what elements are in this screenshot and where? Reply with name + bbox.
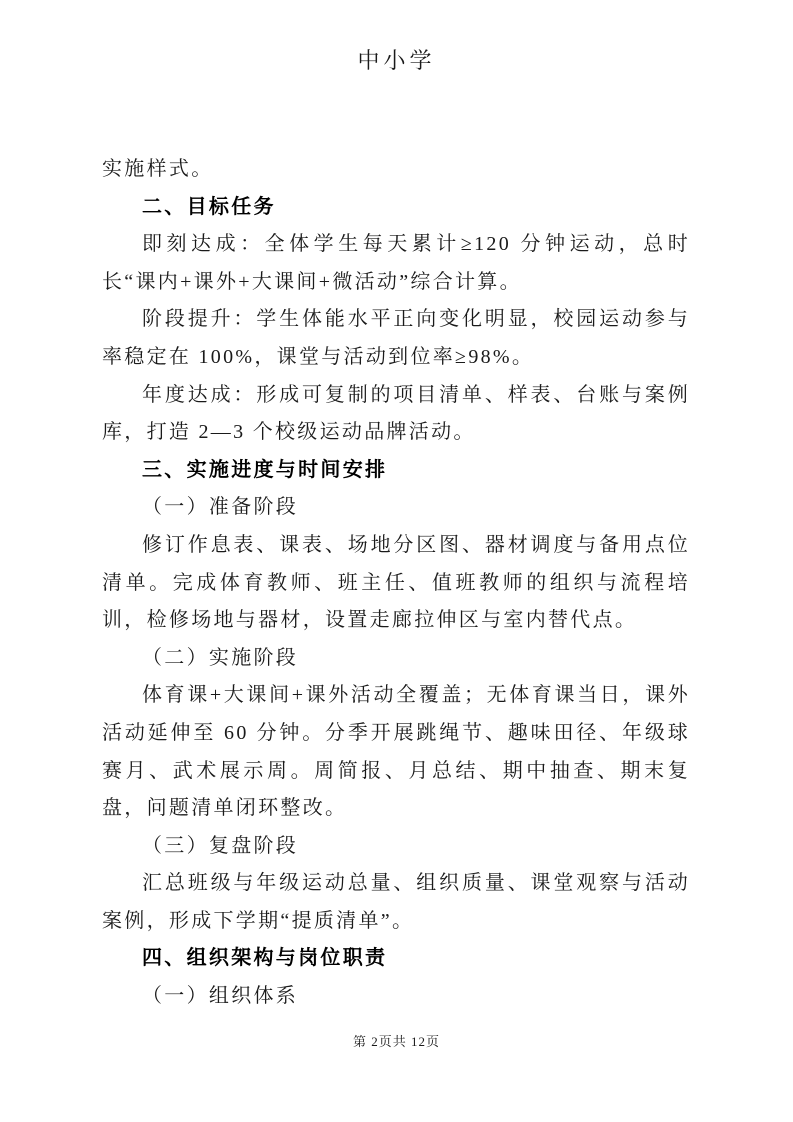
sub-section-heading: （三）复盘阶段 (102, 828, 690, 866)
sub-section-heading: （一）组织体系 (102, 978, 690, 1016)
document-page: 中小学 实施样式。 二、目标任务 即刻达成：全体学生每天累计≥120 分钟运动，… (0, 0, 793, 1122)
page-header-title: 中小学 (0, 46, 793, 76)
body-paragraph: 阶段提升：学生体能水平正向变化明显，校园运动参与率稳定在 100%，课堂与活动到… (102, 301, 690, 376)
body-paragraph: 年度达成：形成可复制的项目清单、样表、台账与案例库，打造 2—3 个校级运动品牌… (102, 377, 690, 452)
sub-section-heading: （二）实施阶段 (102, 640, 690, 678)
body-paragraph: 即刻达成：全体学生每天累计≥120 分钟运动，总时长“课内+课外+大课间+微活动… (102, 226, 690, 301)
body-paragraph: 汇总班级与年级运动总量、组织质量、课堂观察与活动案例，形成下学期“提质清单”。 (102, 865, 690, 940)
document-body: 实施样式。 二、目标任务 即刻达成：全体学生每天累计≥120 分钟运动，总时长“… (0, 151, 793, 1016)
body-paragraph: 修订作息表、课表、场地分区图、器材调度与备用点位清单。完成体育教师、班主任、值班… (102, 527, 690, 640)
section-heading: 二、目标任务 (102, 189, 690, 227)
section-heading: 三、实施进度与时间安排 (102, 452, 690, 490)
section-heading: 四、组织架构与岗位职责 (102, 940, 690, 978)
sub-section-heading: （一）准备阶段 (102, 489, 690, 527)
page-number-footer: 第 2页共 12页 (0, 1031, 793, 1050)
body-paragraph: 实施样式。 (102, 151, 690, 189)
body-paragraph: 体育课+大课间+课外活动全覆盖；无体育课当日，课外活动延伸至 60 分钟。分季开… (102, 677, 690, 827)
